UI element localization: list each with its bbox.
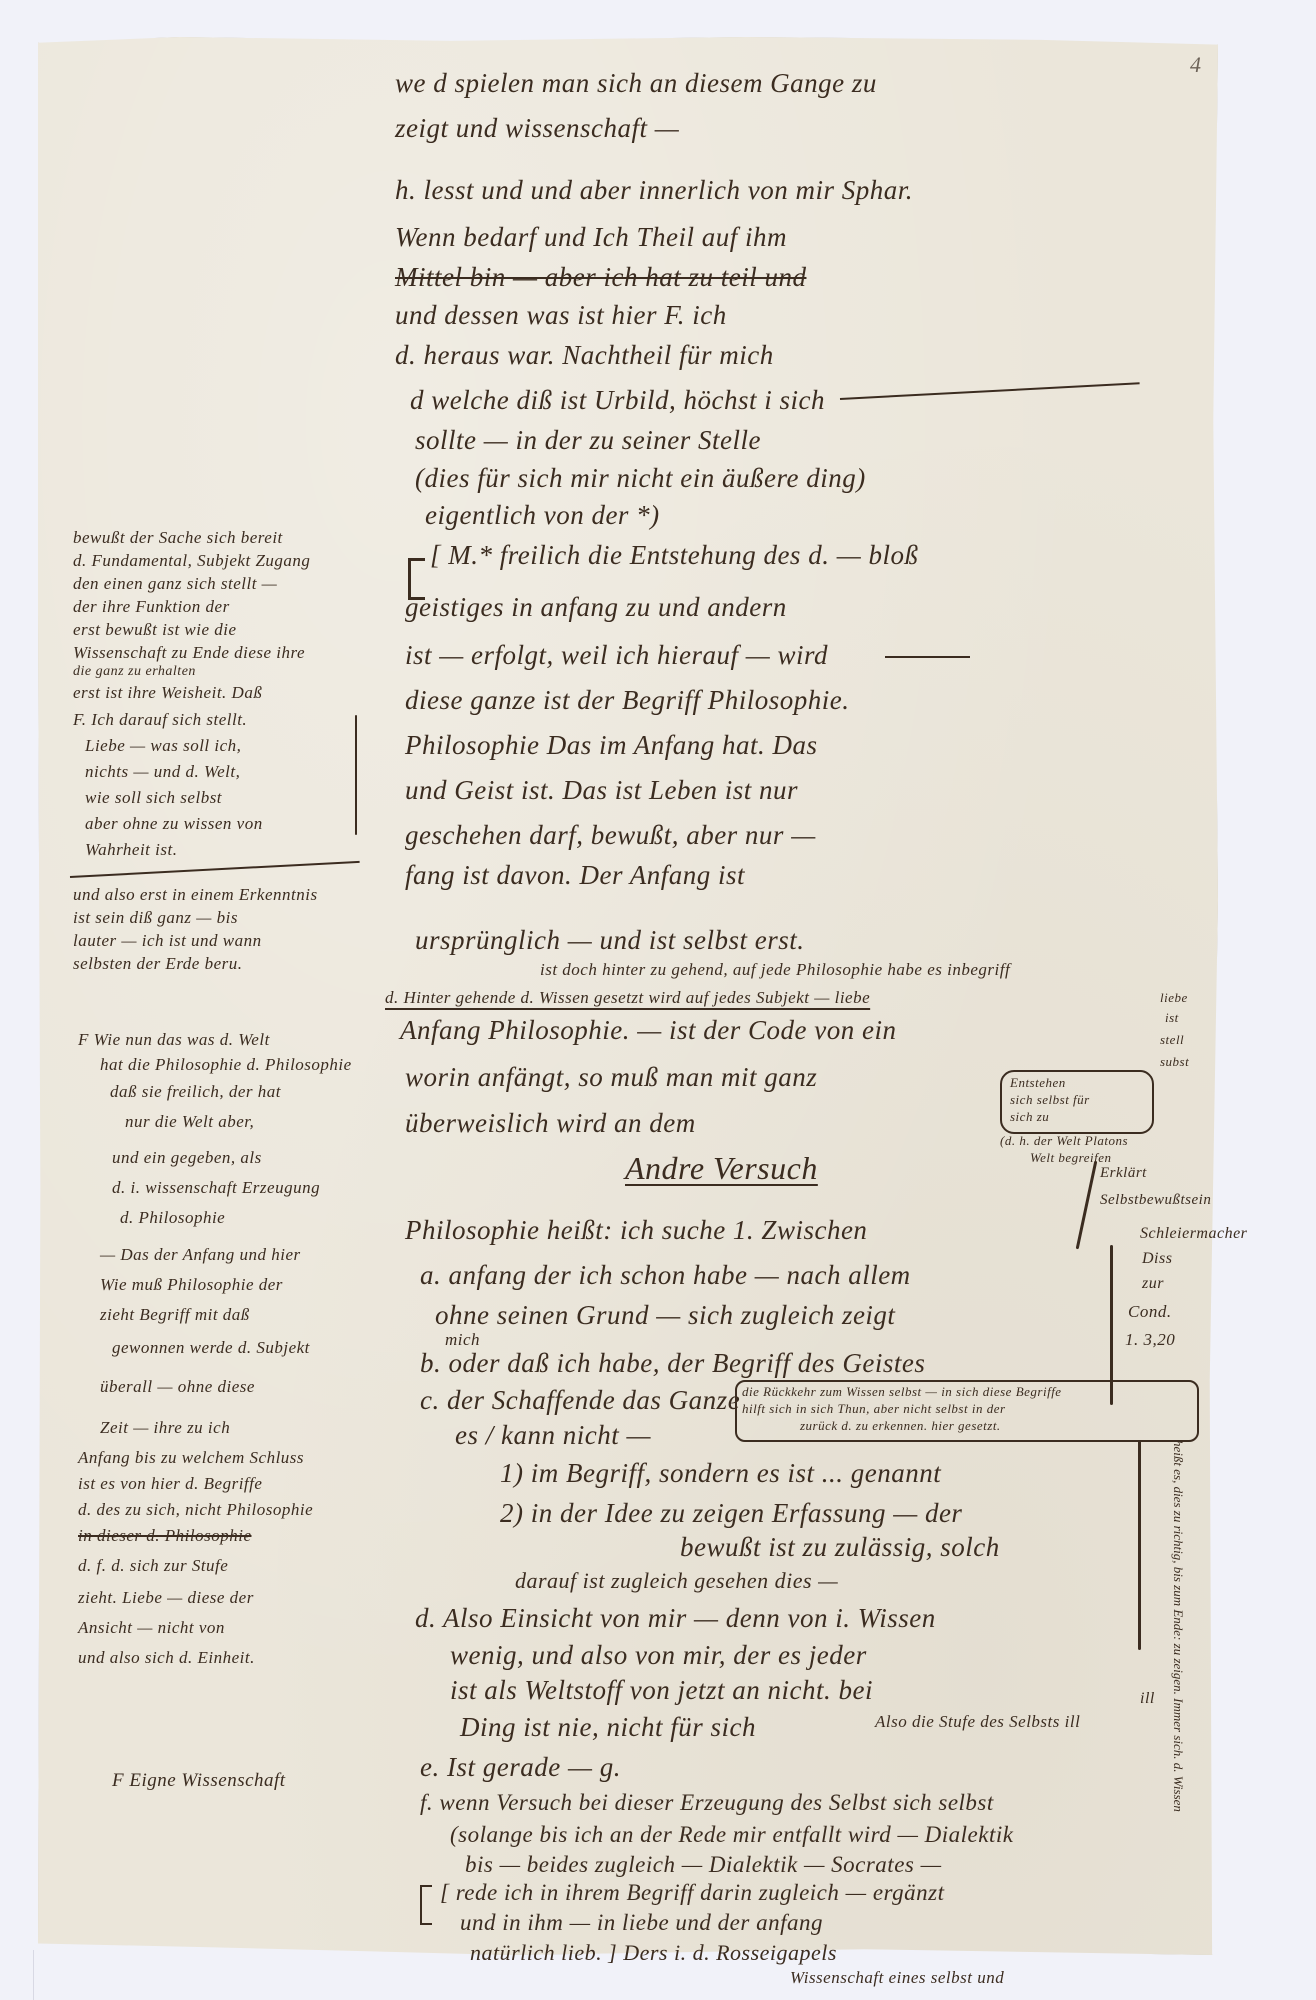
left-margin-line: den einen ganz sich stellt — — [73, 574, 277, 594]
left-margin-line: gewonnen werde d. Subjekt — [112, 1338, 310, 1358]
list-item-f-cont: (solange bis ich an der Rede mir entfall… — [450, 1822, 1013, 1848]
side-note-line: Welt begreifen — [1030, 1150, 1112, 1166]
left-margin-line: d. f. d. sich zur Stufe — [78, 1556, 228, 1576]
left-margin-line: wie soll sich selbst — [85, 788, 222, 808]
left-margin-line: lauter — ich ist und wann — [73, 931, 262, 951]
main-line: worin anfängt, so muß man mit ganz — [405, 1062, 817, 1093]
left-margin-line: ist sein diß ganz — bis — [73, 908, 238, 928]
bracket-line: geistiges in anfang zu und andern — [405, 592, 787, 623]
versuch-line: bewußt ist zu zulässig, solch — [680, 1532, 1000, 1563]
underline-stroke — [885, 656, 970, 658]
left-margin-line: daß sie freilich, der hat — [110, 1082, 281, 1102]
left-margin-line: überall — ohne diese — [100, 1377, 255, 1397]
bracket-line: geschehen darf, bewußt, aber nur — — [405, 820, 816, 851]
left-margin-line: aber ohne zu wissen von — [85, 814, 263, 834]
left-margin-line: ist es von hier d. Begriffe — [78, 1474, 262, 1494]
left-margin-line: zieht. Liebe — diese der — [78, 1588, 254, 1608]
left-margin-line: Zeit — ihre zu ich — [100, 1418, 230, 1438]
left-margin-line: nichts — und d. Welt, — [85, 762, 240, 782]
cond-note-line: Selbstbewußtsein — [1100, 1192, 1211, 1209]
open-bracket — [420, 1885, 432, 1925]
boxed-note-line: Entstehen — [1010, 1075, 1066, 1091]
bracket-line: [ M.* freilich die Entstehung des d. — b… — [430, 540, 918, 571]
main-line: zeigt und wissenschaft — — [395, 113, 679, 144]
annotation-above-f: Also die Stufe des Selbsts ill — [875, 1712, 1080, 1732]
page-number: 4 — [1190, 52, 1201, 78]
right-edge-word: stell — [1160, 1032, 1184, 1048]
scanner-artifact — [33, 1950, 34, 2000]
main-line: sollte — in der zu seiner Stelle — [415, 425, 761, 456]
main-line: d. heraus war. Nachtheil für mich — [395, 340, 774, 371]
left-margin-line: und also erst in einem Erkenntnis — [73, 885, 318, 905]
cond-note-line: Erklärt — [1100, 1165, 1147, 1182]
main-line: (dies für sich mir nicht ein äußere ding… — [415, 463, 866, 494]
right-edge-word: subst — [1160, 1054, 1189, 1070]
left-margin-line: d. Philosophie — [120, 1208, 225, 1228]
left-margin-line: und also sich d. Einheit. — [78, 1648, 255, 1668]
versuch-line: ohne seinen Grund — sich zugleich zeigt — [435, 1300, 895, 1331]
versuch-line: 1) im Begriff, sondern es ist ... genann… — [500, 1458, 941, 1489]
list-item-f-cont: bis — beides zugleich — Dialektik — Socr… — [465, 1852, 942, 1878]
inner-box-line: die Rückkehr zum Wissen selbst — in sich… — [742, 1384, 1062, 1400]
left-margin-line: Wissenschaft zu Ende diese ihre — [73, 643, 305, 663]
left-margin-line: d. i. wissenschaft Erzeugung — [112, 1178, 320, 1198]
left-margin-line: nur die Welt aber, — [125, 1112, 254, 1132]
versuch-line: darauf ist zugleich gesehen dies — — [515, 1568, 838, 1594]
left-margin-line: zieht Begriff mit daß — [100, 1305, 250, 1325]
bracket-line: diese ganze ist der Begriff Philosophie. — [405, 685, 849, 716]
list-item-d-cont: Ding ist nie, nicht für sich — [460, 1712, 756, 1743]
list-item-d: d. Also Einsicht von mir — denn von i. W… — [415, 1603, 936, 1634]
versuch-line: c. der Schaffende das Ganze — [420, 1385, 740, 1416]
interlinear-word: mich — [445, 1330, 480, 1350]
boxed-note-line: sich selbst für — [1010, 1092, 1090, 1108]
bracket-line: ist — erfolgt, weil ich hierauf — wird — [405, 640, 828, 671]
left-margin-line: erst ist ihre Weisheit. Daß — [73, 683, 262, 703]
left-margin-line: bewußt der Sache sich bereit — [73, 528, 283, 548]
interlinear-line: ist doch hinter zu gehend, auf jede Phil… — [540, 960, 1010, 980]
left-margin-line: die ganz zu erhalten — [73, 664, 196, 680]
left-margin-line: d. des zu sich, nicht Philosophie — [78, 1500, 313, 1520]
left-margin-line: Ansicht — nicht von — [78, 1618, 225, 1638]
left-margin-line: selbsten der Erde beru. — [73, 954, 243, 974]
cond-note-line: Schleiermacher — [1140, 1225, 1247, 1243]
left-margin-line: der ihre Funktion der — [73, 597, 230, 617]
bracket-line: ursprünglich — und ist selbst erst. — [415, 925, 805, 956]
versuch-line: es / kann nicht — — [455, 1420, 651, 1451]
left-margin-note: F Eigne Wissenschaft — [112, 1770, 286, 1792]
left-margin-line: — Das der Anfang und hier — [100, 1245, 301, 1265]
bracket-line: und Geist ist. Das ist Leben ist nur — [405, 775, 798, 806]
main-line: Anfang Philosophie. — ist der Code von e… — [400, 1015, 896, 1046]
bracket-line: fang ist davon. Der Anfang ist — [405, 860, 745, 891]
main-line: we d spielen man sich an diesem Gange zu — [395, 68, 877, 99]
cond-note-line: zur — [1142, 1275, 1164, 1293]
left-margin-line: Liebe — was soll ich, — [85, 736, 241, 756]
inner-box-line: zurück d. zu erkennen. hier gesetzt. — [800, 1418, 1001, 1434]
left-margin-line: Wie muß Philosophie der — [100, 1275, 283, 1295]
struck-line: Mittel bin — aber ich hat zu teil und — [395, 262, 806, 293]
section-heading: Andre Versuch — [625, 1150, 818, 1187]
left-margin-line: Anfang bis zu welchem Schluss — [78, 1448, 304, 1468]
left-margin-line: d. Fundamental, Subjekt Zugang — [73, 551, 310, 571]
versuch-line: b. oder daß ich habe, der Begriff des Ge… — [420, 1348, 925, 1379]
main-line: und dessen was ist hier F. ich — [395, 300, 727, 331]
list-item-f-cont: [ rede ich in ihrem Begriff darin zuglei… — [440, 1880, 944, 1906]
right-edge-word: ist — [1165, 1010, 1179, 1026]
left-margin-line: hat die Philosophie d. Philosophie — [100, 1055, 352, 1075]
bracket-line: Philosophie Das im Anfang hat. Das — [405, 730, 818, 761]
left-margin-line-struck: in dieser d. Philosophie — [78, 1526, 251, 1546]
margin-connector-line — [1138, 1440, 1141, 1650]
left-margin-line: und ein gegeben, als — [112, 1148, 262, 1168]
bottom-note-line: Wissenschaft eines selbst und — [790, 1968, 1004, 1988]
cond-note-line: Diss — [1142, 1250, 1172, 1268]
ill-note: ill — [1140, 1690, 1155, 1708]
versuch-line: a. anfang der ich schon habe — nach alle… — [420, 1260, 911, 1291]
left-margin-line: Wahrheit ist. — [85, 840, 177, 860]
left-margin-line: F. Ich darauf sich stellt. — [73, 710, 247, 730]
list-item-f-cont: und in ihm — in liebe und der anfang — [460, 1910, 823, 1936]
main-line: überweislich wird an dem — [405, 1108, 696, 1139]
left-margin-line: F Wie nun das was d. Welt — [78, 1030, 270, 1050]
main-line: d welche diß ist Urbild, höchst i sich — [410, 385, 825, 416]
cond-note-line: Cond. — [1128, 1302, 1172, 1322]
vertical-margin-note: heißt es, dies zu richtig, bis zum Ende:… — [1170, 1440, 1186, 1650]
main-line: Wenn bedarf und Ich Theil auf ihm — [395, 222, 787, 253]
side-note-line: (d. h. der Welt Platons — [1000, 1133, 1128, 1149]
right-edge-word: liebe — [1160, 990, 1188, 1006]
cond-note-line: 1. 3,20 — [1125, 1330, 1175, 1350]
list-item-e: e. Ist gerade — g. — [420, 1752, 621, 1783]
list-item-d-cont: ist als Weltstoff von jetzt an nicht. be… — [450, 1675, 873, 1706]
boxed-note-line: sich zu — [1010, 1109, 1049, 1125]
interlinear-line: d. Hinter gehende d. Wissen gesetzt wird… — [385, 988, 870, 1008]
main-line: h. lesst und und aber innerlich von mir … — [395, 175, 913, 206]
inner-box-line: hilft sich in sich Thun, aber nicht selb… — [742, 1401, 1006, 1417]
left-margin-line: erst bewußt ist wie die — [73, 620, 237, 640]
versuch-line: Philosophie heißt: ich suche 1. Zwischen — [405, 1215, 867, 1246]
margin-connector-line — [1110, 1245, 1113, 1405]
list-item-f-cont: natürlich lieb. ] Ders i. d. Rosseigapel… — [470, 1940, 837, 1966]
margin-enclosure-line — [355, 715, 357, 835]
versuch-line: 2) in der Idee zu zeigen Erfassung — der — [500, 1498, 962, 1529]
main-line: eigentlich von der *) — [425, 500, 660, 531]
list-item-d-cont: wenig, und also von mir, der es jeder — [450, 1640, 867, 1671]
list-item-f: f. wenn Versuch bei dieser Erzeugung des… — [420, 1790, 994, 1816]
